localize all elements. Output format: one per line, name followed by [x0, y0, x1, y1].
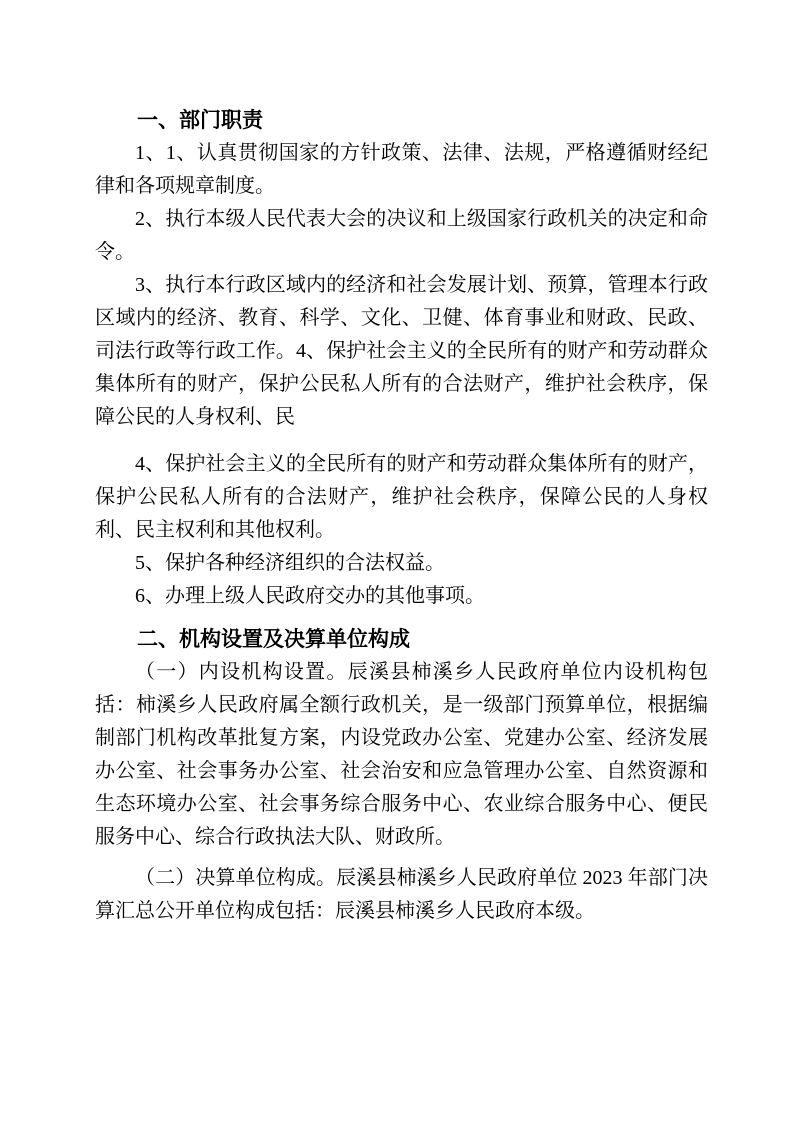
- document-content: 一、部门职责 1、1、认真贯彻国家的方针政策、法律、法规，严格遵循财经纪律和各项…: [95, 104, 708, 928]
- organization-paragraph-1: （一）内设机构设置。辰溪县柿溪乡人民政府单位内设机构包括：柿溪乡人民政府属全额行…: [95, 656, 708, 854]
- duties-paragraph-5: 5、保护各种经济组织的合法权益。: [95, 547, 708, 580]
- organization-paragraph-2: （二）决算单位构成。辰溪县柿溪乡人民政府单位 2023 年部门决算汇总公开单位构…: [95, 862, 708, 928]
- section-heading-organization: 二、机构设置及决算单位构成: [95, 623, 708, 656]
- document-page: 一、部门职责 1、1、认真贯彻国家的方针政策、法律、法规，严格遵循财经纪律和各项…: [0, 0, 793, 1122]
- duties-paragraph-6: 6、办理上级人民政府交办的其他事项。: [95, 580, 708, 613]
- duties-paragraph-4: 4、保护社会主义的全民所有的财产和劳动群众集体所有的财产，保护公民私人所有的合法…: [95, 448, 708, 547]
- duties-paragraph-3: 3、执行本行政区域内的经济和社会发展计划、预算，管理本行政区域内的经济、教育、科…: [95, 269, 708, 434]
- duties-paragraph-1: 1、1、认真贯彻国家的方针政策、法律、法规，严格遵循财经纪律和各项规章制度。: [95, 137, 708, 203]
- duties-paragraph-2: 2、执行本级人民代表大会的决议和上级国家行政机关的决定和命令。: [95, 203, 708, 269]
- section-heading-duties: 一、部门职责: [95, 104, 708, 137]
